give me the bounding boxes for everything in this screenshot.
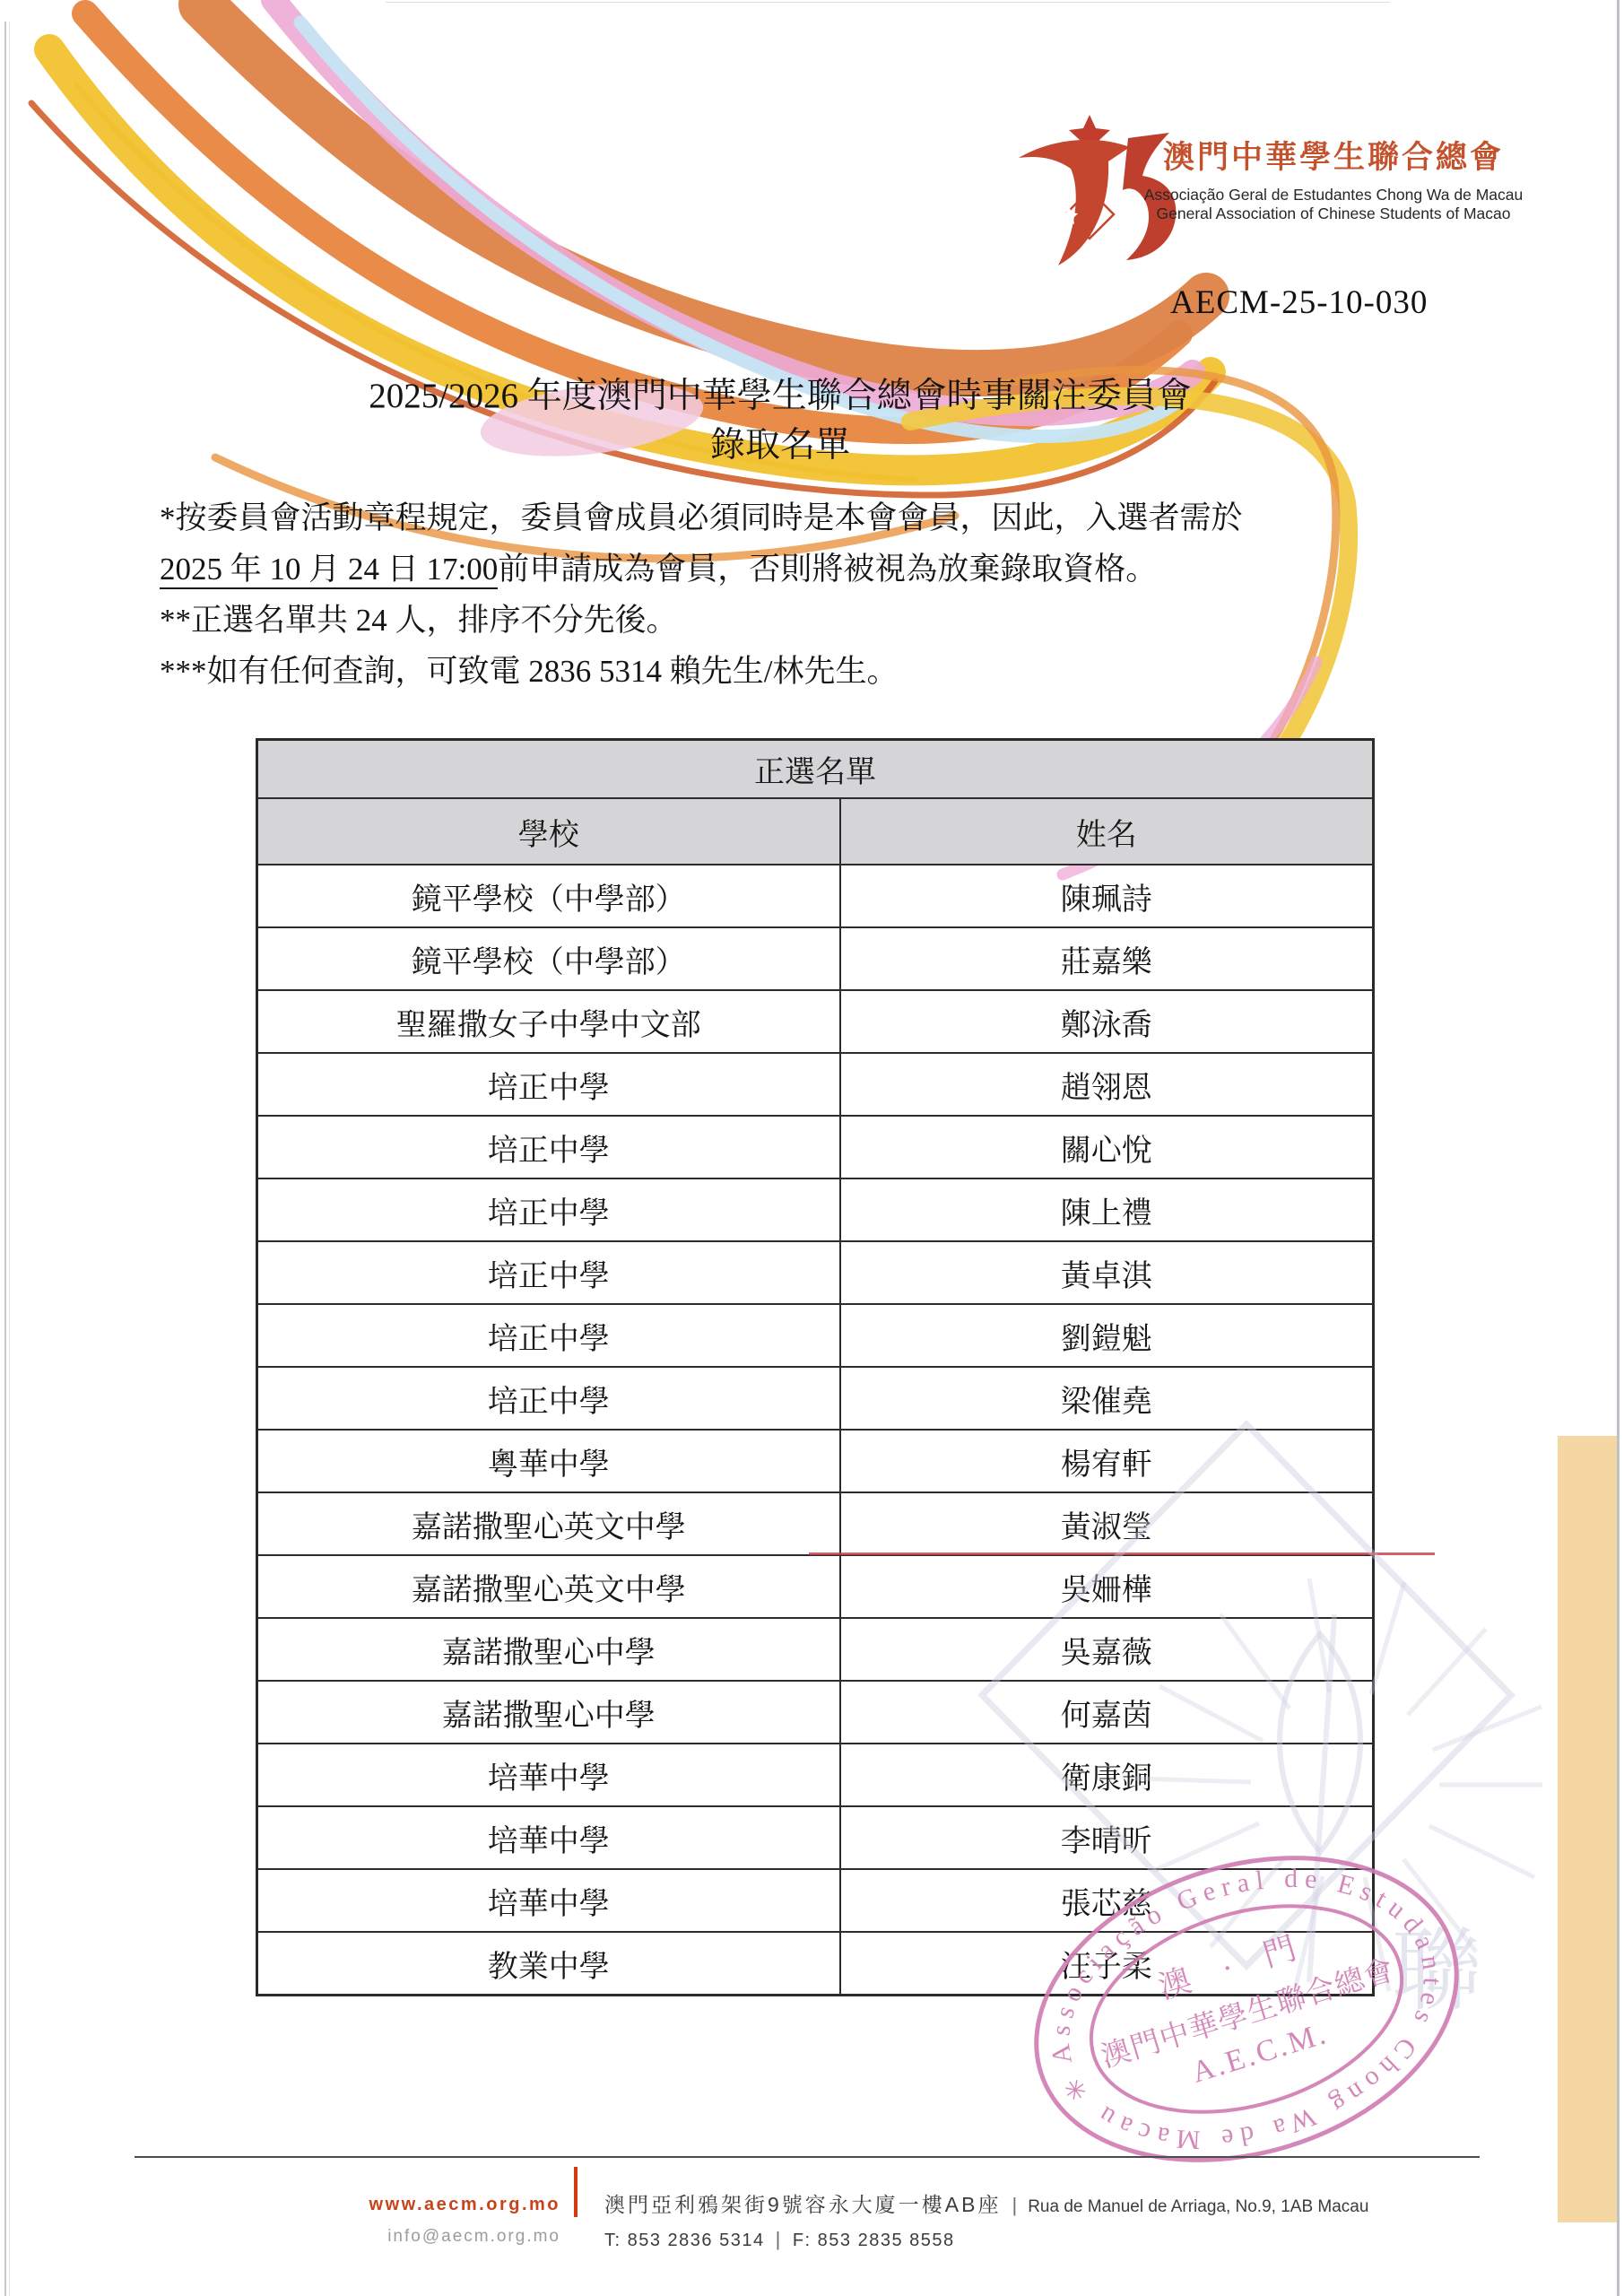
school-cell: 鏡平學校（中學部）	[257, 865, 840, 927]
school-cell: 嘉諾撒聖心中學	[257, 1618, 840, 1681]
table-row: 嘉諾撒聖心中學何嘉茵	[257, 1681, 1374, 1744]
document-title: 2025/2026 年度澳門中華學生聯合總會時事關注委員會 錄取名單	[143, 371, 1417, 470]
table-row: 鏡平學校（中學部）陳珮詩	[257, 865, 1374, 927]
name-cell: 黃卓淇	[840, 1241, 1374, 1304]
name-cell: 吳姍樺	[840, 1555, 1374, 1618]
footer-separator: |	[776, 2228, 782, 2251]
school-cell: 培正中學	[257, 1367, 840, 1430]
school-cell: 培正中學	[257, 1053, 840, 1116]
school-cell: 培華中學	[257, 1806, 840, 1869]
notes-block: *按委員會活動章程規定，委員會成員必須同時是本會會員，因此，入選者需於 2025…	[160, 492, 1397, 697]
footer-separator: |	[1012, 2194, 1017, 2217]
name-cell: 汪子柔	[840, 1932, 1374, 1996]
footer-red-bar	[574, 2167, 578, 2217]
footer-address-zh: 澳門亞利鴉架街9號容永大廈一樓AB座	[604, 2193, 1001, 2216]
name-cell: 何嘉茵	[840, 1681, 1374, 1744]
school-cell: 培正中學	[257, 1116, 840, 1178]
table-row: 鏡平學校（中學部）莊嘉樂	[257, 927, 1374, 990]
table-row: 嘉諾撒聖心英文中學黃淑瑩	[257, 1492, 1374, 1555]
table-title-row: 正選名單	[257, 740, 1374, 799]
watermark-character: 聯	[1392, 1922, 1482, 2022]
school-cell: 培正中學	[257, 1241, 840, 1304]
column-header-name: 姓名	[840, 798, 1374, 865]
table-row: 培華中學李晴昕	[257, 1806, 1374, 1869]
name-cell: 關心悅	[840, 1116, 1374, 1178]
school-cell: 教業中學	[257, 1932, 840, 1996]
deadline-underlined: 2025 年 10 月 24 日 17:00	[160, 552, 498, 589]
table-row: 培正中學梁催堯	[257, 1367, 1374, 1430]
footer-fax: F: 853 2835 8558	[793, 2231, 955, 2250]
name-cell: 鄭泳喬	[840, 990, 1374, 1053]
org-name-pt: Associação Geral de Estudantes Chong Wa …	[1123, 186, 1544, 204]
school-cell: 鏡平學校（中學部）	[257, 927, 840, 990]
name-cell: 李晴昕	[840, 1806, 1374, 1869]
school-cell: 培正中學	[257, 1304, 840, 1367]
name-cell: 吳嘉薇	[840, 1618, 1374, 1681]
note-2: **正選名單共 24 人，排序不分先後。	[160, 595, 1397, 646]
table-row: 嘉諾撒聖心中學吳嘉薇	[257, 1618, 1374, 1681]
footer-address-line: 澳門亞利鴉架街9號容永大廈一樓AB座|Rua de Manuel de Arri…	[604, 2188, 1368, 2218]
table-row: 教業中學汪子柔	[257, 1932, 1374, 1996]
table-row: 培華中學張芯慈	[257, 1869, 1374, 1932]
school-cell: 聖羅撒女子中學中文部	[257, 990, 840, 1053]
name-cell: 莊嘉樂	[840, 927, 1374, 990]
table-header-row: 學校 姓名	[257, 798, 1374, 865]
table-row: 粵華中學楊宥軒	[257, 1430, 1374, 1492]
name-cell: 衛康銅	[840, 1744, 1374, 1806]
name-cell: 陳珮詩	[840, 865, 1374, 927]
name-cell: 劉鎧魁	[840, 1304, 1374, 1367]
school-cell: 培華中學	[257, 1744, 840, 1806]
scanned-document-page: 澳門中華學生聯合總會 Associação Geral de Estudante…	[0, 0, 1624, 2296]
school-cell: 嘉諾撒聖心英文中學	[257, 1492, 840, 1555]
table-title: 正選名單	[257, 740, 1374, 799]
table-row: 培正中學關心悅	[257, 1116, 1374, 1178]
table-row: 聖羅撒女子中學中文部鄭泳喬	[257, 990, 1374, 1053]
footer-address-en: Rua de Manuel de Arriaga, No.9, 1AB Maca…	[1028, 2197, 1368, 2216]
name-cell: 張芯慈	[840, 1869, 1374, 1932]
school-cell: 嘉諾撒聖心英文中學	[257, 1555, 840, 1618]
table-row: 培正中學黃卓淇	[257, 1241, 1374, 1304]
table-row: 培正中學劉鎧魁	[257, 1304, 1374, 1367]
name-cell: 趙翎恩	[840, 1053, 1374, 1116]
table-body: 鏡平學校（中學部）陳珮詩鏡平學校（中學部）莊嘉樂聖羅撒女子中學中文部鄭泳喬培正中…	[257, 865, 1374, 1996]
admission-roster-table: 正選名單 學校 姓名 鏡平學校（中學部）陳珮詩鏡平學校（中學部）莊嘉樂聖羅撒女子…	[256, 738, 1375, 1996]
stamp-line3: A.E.C.M.	[1188, 2017, 1332, 2090]
document-title-line2: 錄取名單	[143, 421, 1417, 470]
footer-phone-line: T: 853 2836 5314|F: 853 2835 8558	[604, 2228, 1368, 2251]
school-cell: 培華中學	[257, 1869, 840, 1932]
name-cell: 黃淑瑩	[840, 1492, 1374, 1555]
footer-contact-left: www.aecm.org.mo info@aecm.org.mo	[184, 2195, 560, 2247]
note-1-line2: 2025 年 10 月 24 日 17:00前申請成為會員，否則將被視為放棄錄取…	[160, 544, 1397, 595]
column-header-school: 學校	[257, 798, 840, 865]
scan-edge-line	[1617, 0, 1620, 2296]
name-cell: 陳上禮	[840, 1178, 1374, 1241]
footer-website: www.aecm.org.mo	[184, 2195, 560, 2215]
table-row: 嘉諾撒聖心英文中學吳姍樺	[257, 1555, 1374, 1618]
table-row: 培正中學趙翎恩	[257, 1053, 1374, 1116]
footer-contact-right: 澳門亞利鴉架街9號容永大廈一樓AB座|Rua de Manuel de Arri…	[604, 2188, 1368, 2251]
school-cell: 嘉諾撒聖心中學	[257, 1681, 840, 1744]
red-scan-line	[809, 1552, 1435, 1555]
document-title-line1: 2025/2026 年度澳門中華學生聯合總會時事關注委員會	[143, 371, 1417, 421]
footer-divider-line	[135, 2156, 1480, 2158]
note-3: ***如有任何查詢，可致電 2836 5314 賴先生/林先生。	[160, 646, 1397, 697]
footer-email: info@aecm.org.mo	[184, 2227, 560, 2247]
name-cell: 楊宥軒	[840, 1430, 1374, 1492]
school-cell: 培正中學	[257, 1178, 840, 1241]
table-row: 培正中學陳上禮	[257, 1178, 1374, 1241]
school-cell: 粵華中學	[257, 1430, 840, 1492]
note-1-line1: *按委員會活動章程規定，委員會成員必須同時是本會會員，因此，入選者需於	[160, 492, 1397, 544]
side-strip-artifact	[1558, 1436, 1617, 2222]
name-cell: 梁催堯	[840, 1367, 1374, 1430]
org-name-zh: 澳門中華學生聯合總會	[1123, 133, 1544, 178]
reference-number: AECM-25-10-030	[1170, 283, 1428, 322]
footer-phone: T: 853 2836 5314	[604, 2231, 765, 2250]
table-row: 培華中學衛康銅	[257, 1744, 1374, 1806]
org-name-block: 澳門中華學生聯合總會 Associação Geral de Estudante…	[1123, 133, 1544, 223]
org-name-en: General Association of Chinese Students …	[1123, 204, 1544, 223]
note-1-rest: 前申請成為會員，否則將被視為放棄錄取資格。	[498, 552, 1157, 587]
